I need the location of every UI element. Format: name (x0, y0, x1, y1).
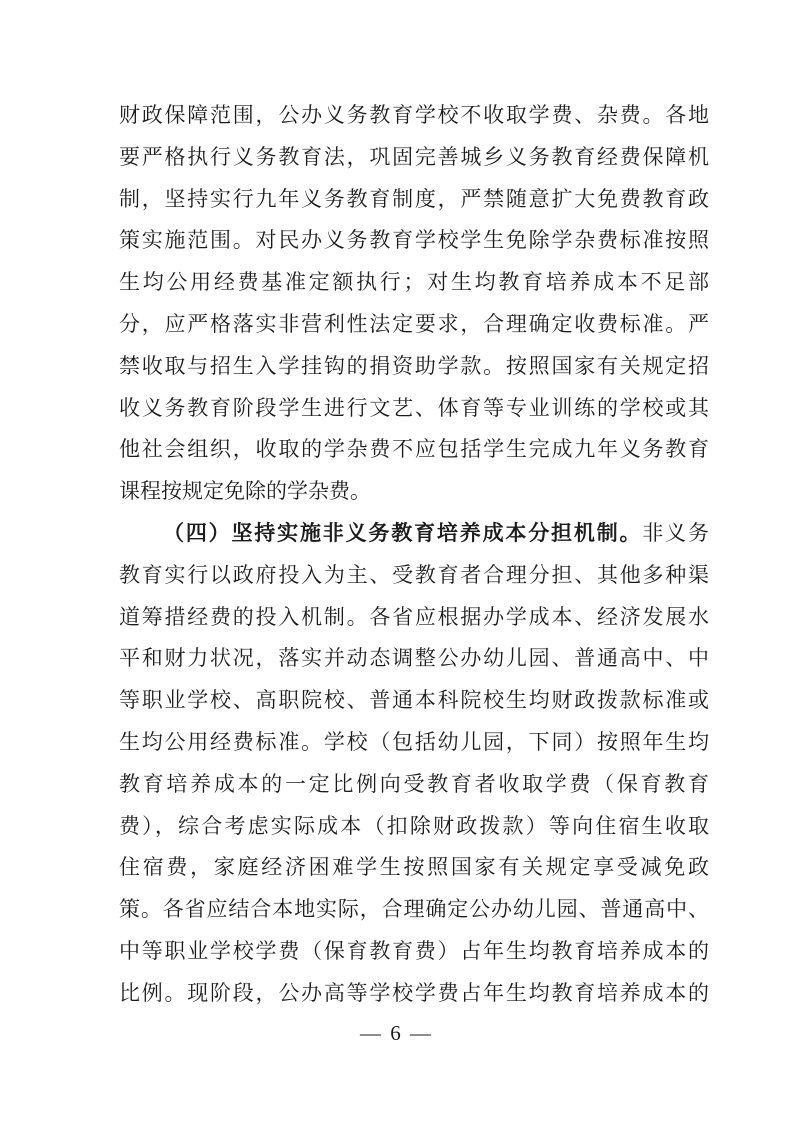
text-line: 费），综合考虑实际成本（扣除财政拨款）等向住宿生收取 (119, 806, 709, 848)
text-line: 教育实行以政府投入为主、受教育者合理分担、其他多种渠 (119, 555, 709, 597)
text-line: 策实施范围。对民办义务教育学校学生免除学杂费标准按照 (119, 220, 709, 262)
text-line: （四）坚持实施非义务教育培养成本分担机制。非义务 (119, 513, 709, 555)
paragraph-heading: （四）坚持实施非义务教育培养成本分担机制。 (163, 521, 642, 545)
text-line: 道筹措经费的投入机制。各省应根据办学成本、经济发展水 (119, 597, 709, 639)
document-body: 财政保障范围，公办义务教育学校不收取学费、杂费。各地要严格执行义务教育法，巩固完… (119, 95, 709, 1015)
text-line: 禁收取与招生入学挂钩的捐资助学款。按照国家有关规定招 (119, 346, 709, 388)
text-line: 教育培养成本的一定比例向受教育者收取学费（保育教育 (119, 764, 709, 806)
document-page: 财政保障范围，公办义务教育学校不收取学费、杂费。各地要严格执行义务教育法，巩固完… (0, 0, 793, 1122)
text-line: 他社会组织，收取的学杂费不应包括学生完成九年义务教育 (119, 429, 709, 471)
text-line: 收义务教育阶段学生进行文艺、体育等专业训练的学校或其 (119, 388, 709, 430)
text-line: 等职业学校、高职院校、普通本科院校生均财政拨款标准或 (119, 680, 709, 722)
text-line: 课程按规定免除的学杂费。 (119, 471, 709, 513)
text-line: 分，应严格落实非营利性法定要求，合理确定收费标准。严 (119, 304, 709, 346)
text-line: 住宿费，家庭经济困难学生按照国家有关规定享受减免政 (119, 847, 709, 889)
text-line: 中等职业学校学费（保育教育费）占年生均教育培养成本的 (119, 931, 709, 973)
text-line: 生均公用经费标准。学校（包括幼儿园，下同）按照年生均 (119, 722, 709, 764)
text-line: 平和财力状况，落实并动态调整公办幼儿园、普通高中、中 (119, 638, 709, 680)
page-number: — 6 — (0, 1018, 793, 1048)
text-line: 财政保障范围，公办义务教育学校不收取学费、杂费。各地 (119, 95, 709, 137)
text-line: 比例。现阶段，公办高等学校学费占年生均教育培养成本的 (119, 973, 709, 1015)
text-line: 生均公用经费基准定额执行；对生均教育培养成本不足部 (119, 262, 709, 304)
text-line: 制，坚持实行九年义务教育制度，严禁随意扩大免费教育政 (119, 179, 709, 221)
text-line: 要严格执行义务教育法，巩固完善城乡义务教育经费保障机 (119, 137, 709, 179)
text-line: 策。各省应结合本地实际，合理确定公办幼儿园、普通高中、 (119, 889, 709, 931)
